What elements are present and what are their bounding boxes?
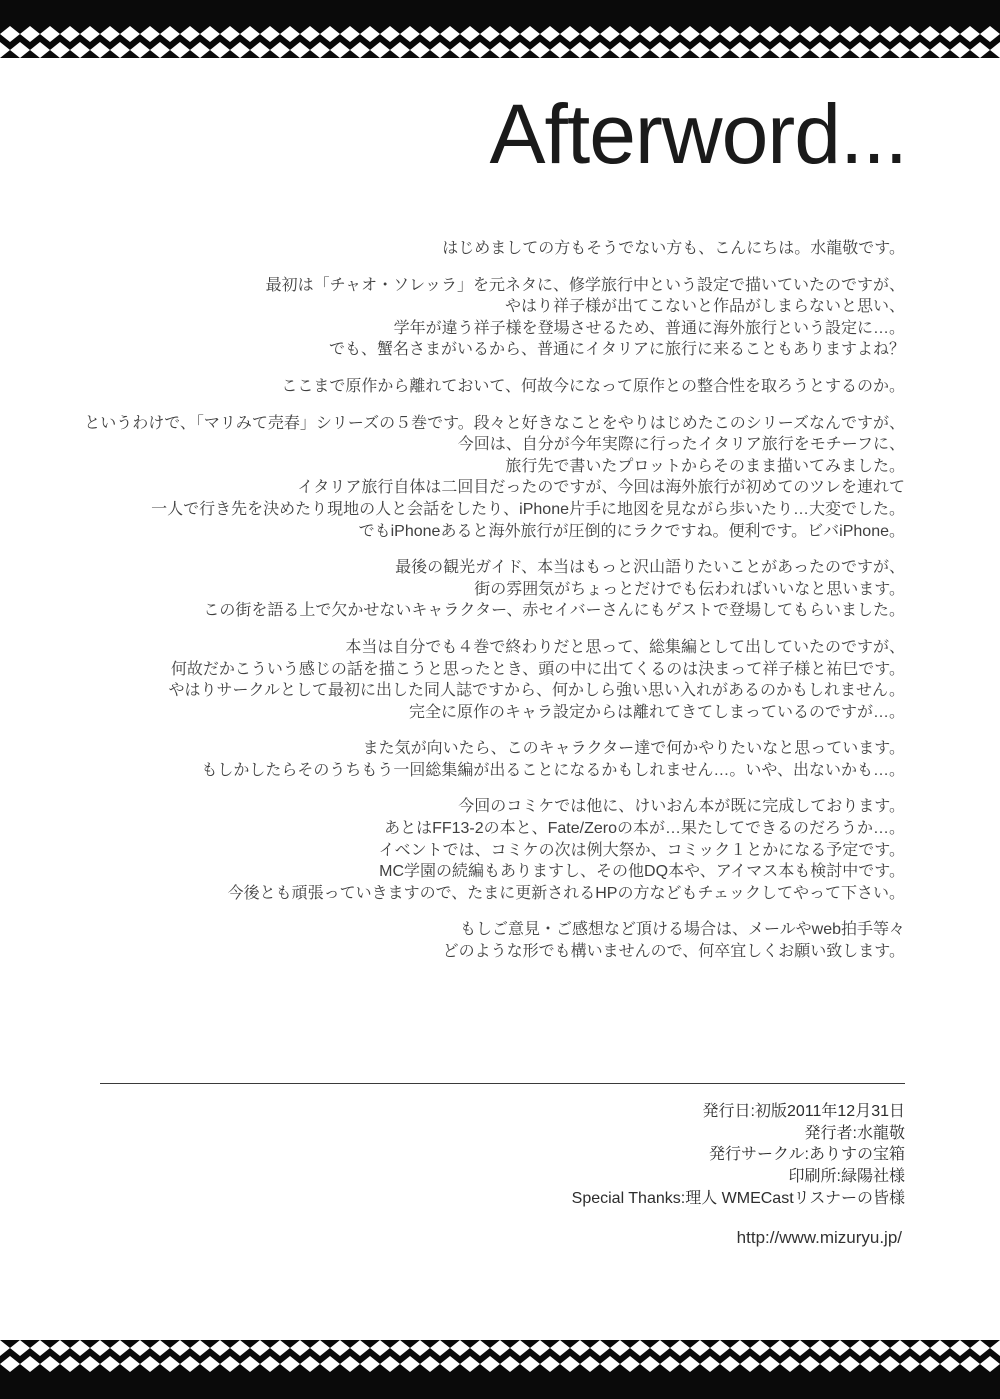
text-line: もしご意見・ご感想など頂ける場合は、メールやweb拍手等々 xyxy=(460,921,905,938)
text-line: ここまで原作から離れておいて、何故今になって原作との整合性を取ろうとするのか。 xyxy=(281,378,905,395)
colophon-line: 印刷所:緑陽社様 xyxy=(300,1166,905,1188)
text-line: 最後の観光ガイド、本当はもっと沢山語りたいことがあったのですが、 xyxy=(395,559,905,576)
text-line: MC学園の続編もありますし、その他DQ本や、アイマス本も検討中です。 xyxy=(379,863,905,880)
colophon-line: 発行者:水龍敬 xyxy=(300,1123,905,1145)
text-line: でも、蟹名さまがいるから、普通にイタリアに旅行に来ることもありますよね？ xyxy=(329,341,905,358)
paragraph: はじめましての方もそうでない方も、こんにちは。水龍敬です。 xyxy=(60,238,905,260)
text-line: イベントでは、コミケの次は例大祭か、コミック１とかになる予定です。 xyxy=(379,842,905,859)
text-line: また気が向いたら、このキャラクター達で何かやりたいなと思っています。 xyxy=(363,740,905,757)
text-line: 何故だかこういう感じの話を描こうと思ったとき、頭の中に出てくるのは決まって祥子様… xyxy=(171,661,905,678)
text-line: 今後とも頑張っていきますので、たまに更新されるHPの方などもチェックしてやって下… xyxy=(228,885,905,902)
text-line: 本当は自分でも４巻で終わりだと思って、総集編として出していたのですが、 xyxy=(345,639,905,656)
paragraph: というわけで、「マリみて売春」シリーズの５巻です。段々と好きなことをやりはじめた… xyxy=(60,413,905,543)
text-line: どのような形でも構いませんので、何卒宜しくお願い致します。 xyxy=(443,943,905,960)
text-line: やはり祥子様が出てこないと作品がしまらないと思い、 xyxy=(505,298,905,315)
paragraph: 最後の観光ガイド、本当はもっと沢山語りたいことがあったのですが、街の雰囲気がちょ… xyxy=(60,557,905,622)
text-line: 街の雰囲気がちょっとだけでも伝わればいいなと思います。 xyxy=(474,581,905,598)
colophon-line: 発行日:初版2011年12月31日 xyxy=(300,1101,905,1123)
bottom-border-band xyxy=(0,1340,1000,1399)
paragraph: 最初は「チャオ・ソレッラ」を元ネタに、修学旅行中という設定で描いていたのですが、… xyxy=(60,275,905,361)
text-line: この街を語る上で欠かせないキャラクター、赤セイバーさんにもゲストで登場してもらい… xyxy=(203,602,905,619)
text-line: イタリア旅行自体は二回目だったのですが、今回は海外旅行が初めてのツレを連れて xyxy=(297,479,905,496)
text-line: 旅行先で書いたプロットからそのまま描いてみました。 xyxy=(505,458,905,475)
divider-line xyxy=(100,1083,905,1084)
text-line: でもiPhoneあると海外旅行が圧倒的にラクですね。便利です。ビバiPhone。 xyxy=(359,523,905,540)
text-line: 完全に原作のキャラ設定からは離れてきてしまっているのですが…。 xyxy=(409,704,905,721)
afterword-page: Afterword... はじめましての方もそうでない方も、こんにちは。水龍敬で… xyxy=(0,0,1000,1399)
text-line: もしかしたらそのうちもう一回総集編が出ることになるかもしれません…。いや、出ない… xyxy=(201,762,905,779)
page-title: Afterword... xyxy=(490,88,907,180)
text-line: 一人で行き先を決めたり現地の人と会話をしたり、iPhone片手に地図を見ながら歩… xyxy=(151,501,905,518)
afterword-body: はじめましての方もそうでない方も、こんにちは。水龍敬です。最初は「チャオ・ソレッ… xyxy=(60,238,905,963)
website-url: http://www.mizuryu.jp/ xyxy=(737,1228,902,1248)
text-line: はじめましての方もそうでない方も、こんにちは。水龍敬です。 xyxy=(442,240,905,257)
text-line: 今回のコミケでは他に、けいおん本が既に完成しております。 xyxy=(458,798,905,815)
colophon-line: 発行サークル:ありすの宝箱 xyxy=(300,1144,905,1166)
text-line: 最初は「チャオ・ソレッラ」を元ネタに、修学旅行中という設定で描いていたのですが、 xyxy=(266,277,905,294)
paragraph: もしご意見・ご感想など頂ける場合は、メールやweb拍手等々どのような形でも構いま… xyxy=(60,919,905,962)
text-line: やはりサークルとして最初に出した同人誌ですから、何かしら強い思い入れがあるのかも… xyxy=(169,682,905,699)
diamond-border-graphic xyxy=(0,0,1000,58)
paragraph: ここまで原作から離れておいて、何故今になって原作との整合性を取ろうとするのか。 xyxy=(60,376,905,398)
top-border-band xyxy=(0,0,1000,58)
text-line: 学年が違う祥子様を登場させるため、普通に海外旅行という設定に…。 xyxy=(394,320,905,337)
text-line: 今回は、自分が今年実際に行ったイタリア旅行をモチーフに、 xyxy=(458,436,905,453)
colophon: 発行日:初版2011年12月31日発行者:水龍敬発行サークル:ありすの宝箱印刷所… xyxy=(300,1101,905,1210)
paragraph: 本当は自分でも４巻で終わりだと思って、総集編として出していたのですが、何故だかこ… xyxy=(60,637,905,723)
diamond-border-graphic xyxy=(0,1340,1000,1399)
colophon-line: Special Thanks:理人 WMECastリスナーの皆様 xyxy=(300,1188,905,1210)
text-line: というわけで、「マリみて売春」シリーズの５巻です。 xyxy=(84,415,474,432)
text-line: 段々と好きなことをやりはじめたこのシリーズなんですが、 xyxy=(474,415,905,432)
paragraph: 今回のコミケでは他に、けいおん本が既に完成しております。あとはFF13-2の本と… xyxy=(60,796,905,904)
paragraph: また気が向いたら、このキャラクター達で何かやりたいなと思っています。もしかしたら… xyxy=(60,738,905,781)
text-line: あとはFF13-2の本と、Fate/Zeroの本が…果たしてできるのだろうか…。 xyxy=(384,820,905,837)
